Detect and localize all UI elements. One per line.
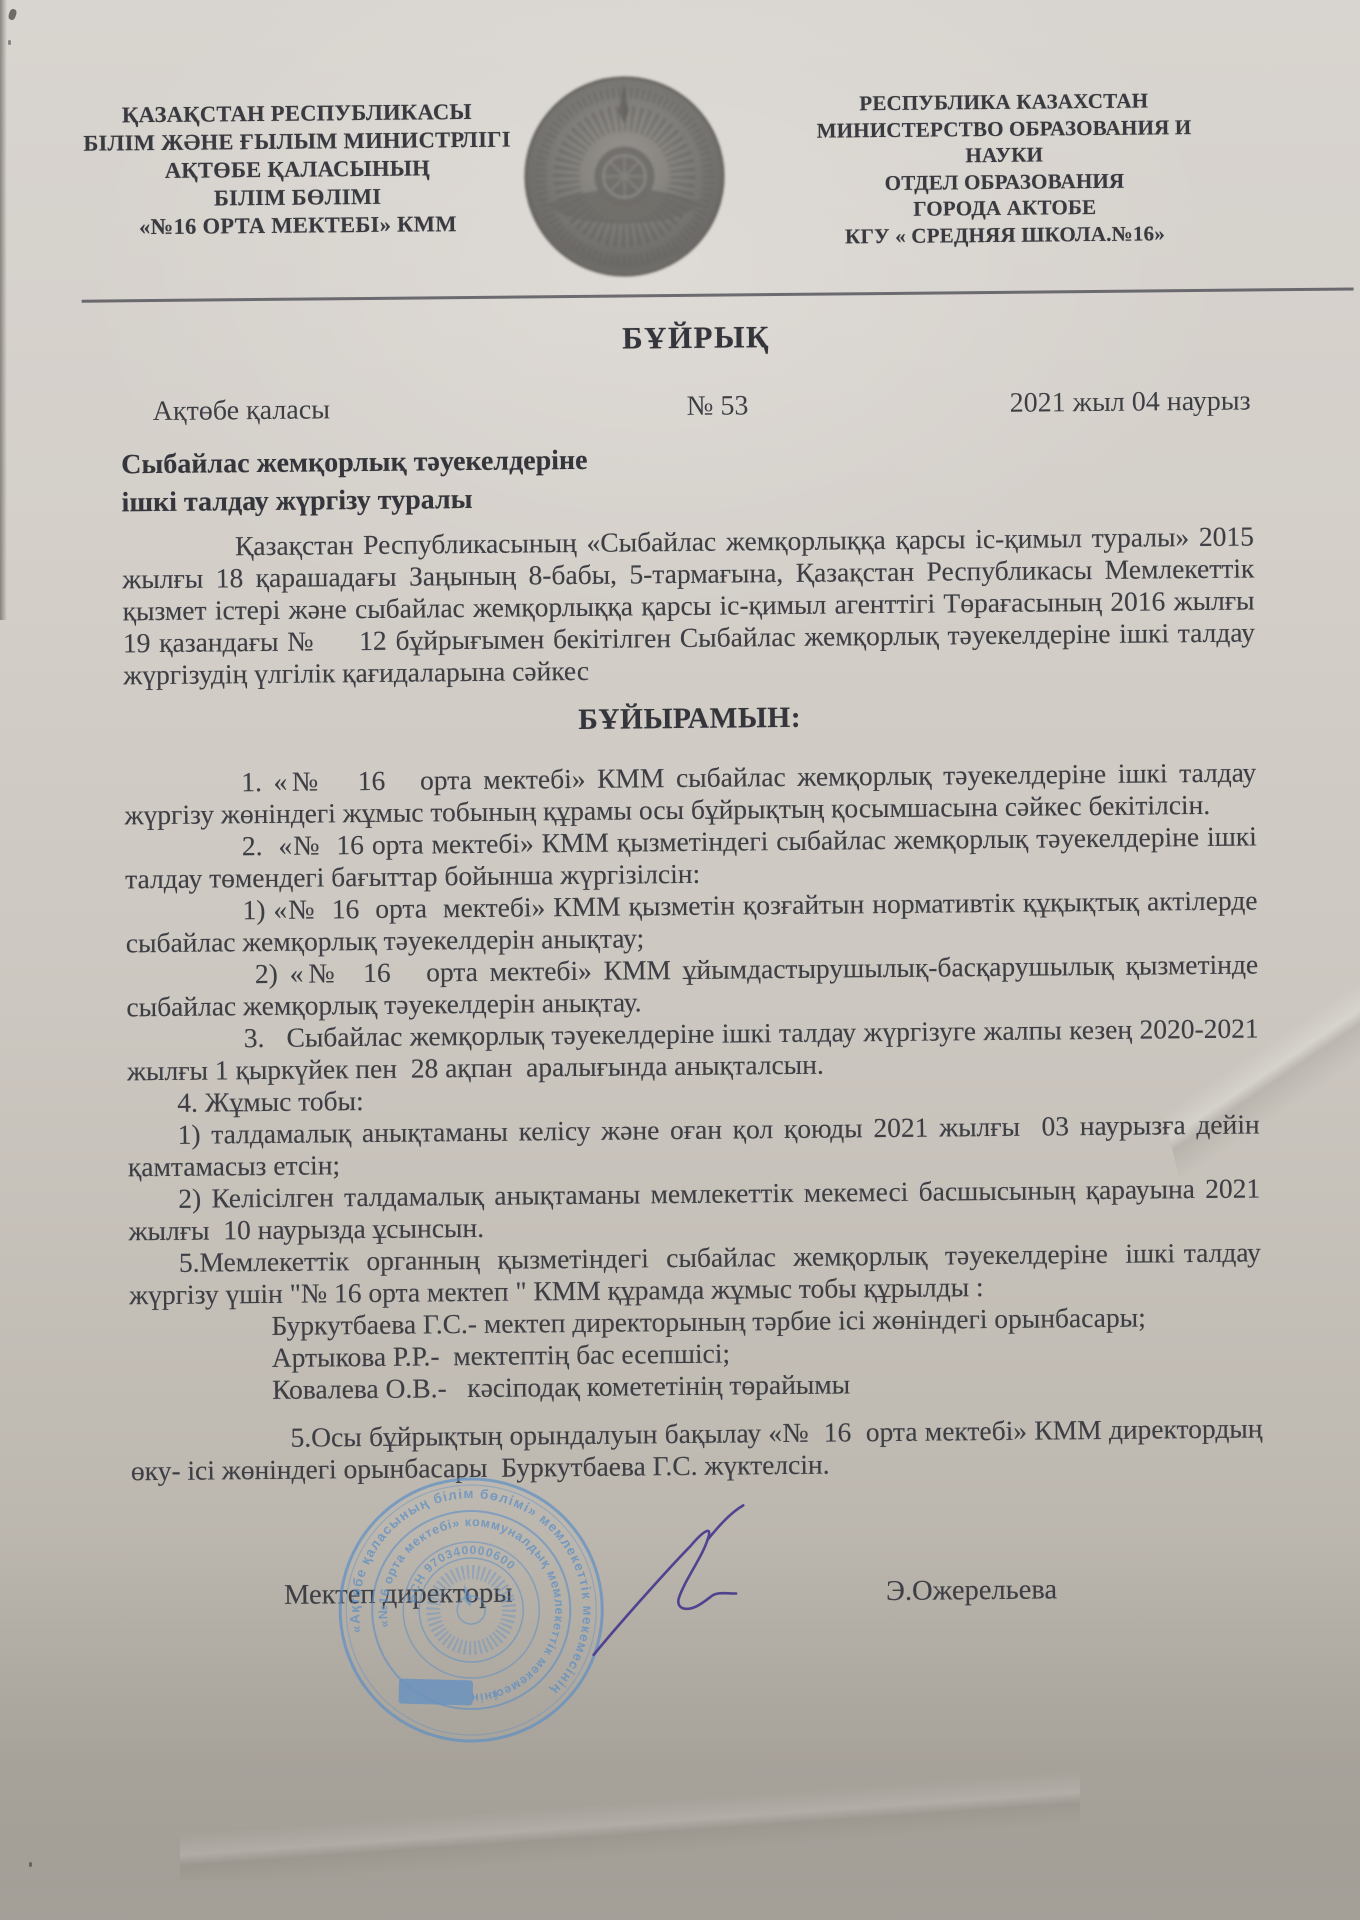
order-meta-row: Ақтөбе қаласы № 53 2021 жыл 04 наурыз	[121, 385, 1253, 432]
letterhead-line: ГОРОДА АКТОБЕ	[811, 193, 1199, 223]
letterhead-line: БІЛІМ ЖӘНЕ ҒЫЛЫМ МИНИСТРЛІГІ	[77, 126, 517, 158]
scanned-document-page: ҚАЗАҚСТАН РЕСПУБЛИКАСЫ БІЛІМ ЖӘНЕ ҒЫЛЫМ …	[0, 0, 1360, 1920]
order-subject: Сыбайлас жемқорлық тәуекелдеріне ішкі та…	[121, 435, 1254, 522]
signer-name: Э.Ожерельева	[886, 1574, 1057, 1608]
letterhead-line: КГУ « СРЕДНЯЯ ШКОЛА.№16»	[811, 219, 1199, 249]
stamp-box	[398, 1679, 473, 1706]
order-body: Сыбайлас жемқорлық тәуекелдеріне ішкі та…	[121, 435, 1263, 1487]
order-paragraph: 1. «№ 16 орта мектебі» КММ сыбайлас жемқ…	[124, 756, 1257, 831]
order-date: 2021 жыл 04 наурыз	[1010, 385, 1251, 419]
order-paragraph: 3. Сыбайлас жемқорлық тәуекелдеріне ішкі…	[127, 1012, 1260, 1087]
order-title: БҰЙРЫҚ	[120, 314, 1272, 361]
order-city: Ақтөбе қаласы	[153, 394, 331, 428]
letterhead-line: ОТДЕЛ ОБРАЗОВАНИЯ	[810, 166, 1198, 196]
document-content: ҚАЗАҚСТАН РЕСПУБЛИКАСЫ БІЛІМ ЖӘНЕ ҒЫЛЫМ …	[0, 0, 1360, 1920]
order-paragraph: 1) «№ 16 орта мектебі» КММ қызметін қозғ…	[125, 884, 1258, 959]
kazakhstan-emblem-icon	[518, 70, 730, 282]
letterhead-russian: РЕСПУБЛИКА КАЗАХСТАН МИНИСТЕРСТВО ОБРАЗО…	[810, 87, 1200, 250]
order-number: № 53	[687, 390, 749, 423]
letterhead-line: АҚТӨБЕ ҚАЛАСЫНЫҢ	[77, 154, 517, 186]
letterhead-line: «№16 ОРТА МЕКТЕБІ» КММ	[78, 210, 518, 242]
order-paragraph: 5.Осы бұйрықтың орындалуын бақылау «№ 16…	[130, 1412, 1263, 1487]
resolution-word: БҰЙЫРАМЫН:	[124, 697, 1256, 740]
letterhead-kazakh: ҚАЗАҚСТАН РЕСПУБЛИКАСЫ БІЛІМ ЖӘНЕ ҒЫЛЫМ …	[77, 98, 518, 242]
order-paragraph: 5.Мемлекеттік органның қызметіндегі сыба…	[129, 1236, 1262, 1311]
letterhead-line: НАУКИ	[810, 140, 1198, 170]
order-preamble: Қазақстан Республикасының «Сыбайлас жемқ…	[122, 520, 1255, 691]
order-paragraph: 1) талдамалық анықтаманы келісу және оға…	[128, 1108, 1261, 1183]
order-paragraph: 2. «№ 16 орта мектебі» КММ қызметіндегі …	[125, 820, 1258, 895]
letterhead-line: ҚАЗАҚСТАН РЕСПУБЛИКАСЫ	[77, 98, 517, 130]
letterhead-line: МИНИСТЕРСТВО ОБРАЗОВАНИЯ И	[810, 113, 1198, 143]
header-divider	[82, 288, 1354, 303]
order-paragraph: 2) Келісілген талдамалық анықтаманы мемл…	[128, 1172, 1261, 1247]
order-paragraph: 2) «№ 16 орта мектебі» КММ ұйымдастырушы…	[126, 948, 1259, 1023]
director-signature	[557, 1501, 789, 1673]
letterhead-line: РЕСПУБЛИКА КАЗАХСТАН	[810, 87, 1198, 117]
letterhead-line: БІЛІМ БӨЛІМІ	[78, 182, 518, 214]
